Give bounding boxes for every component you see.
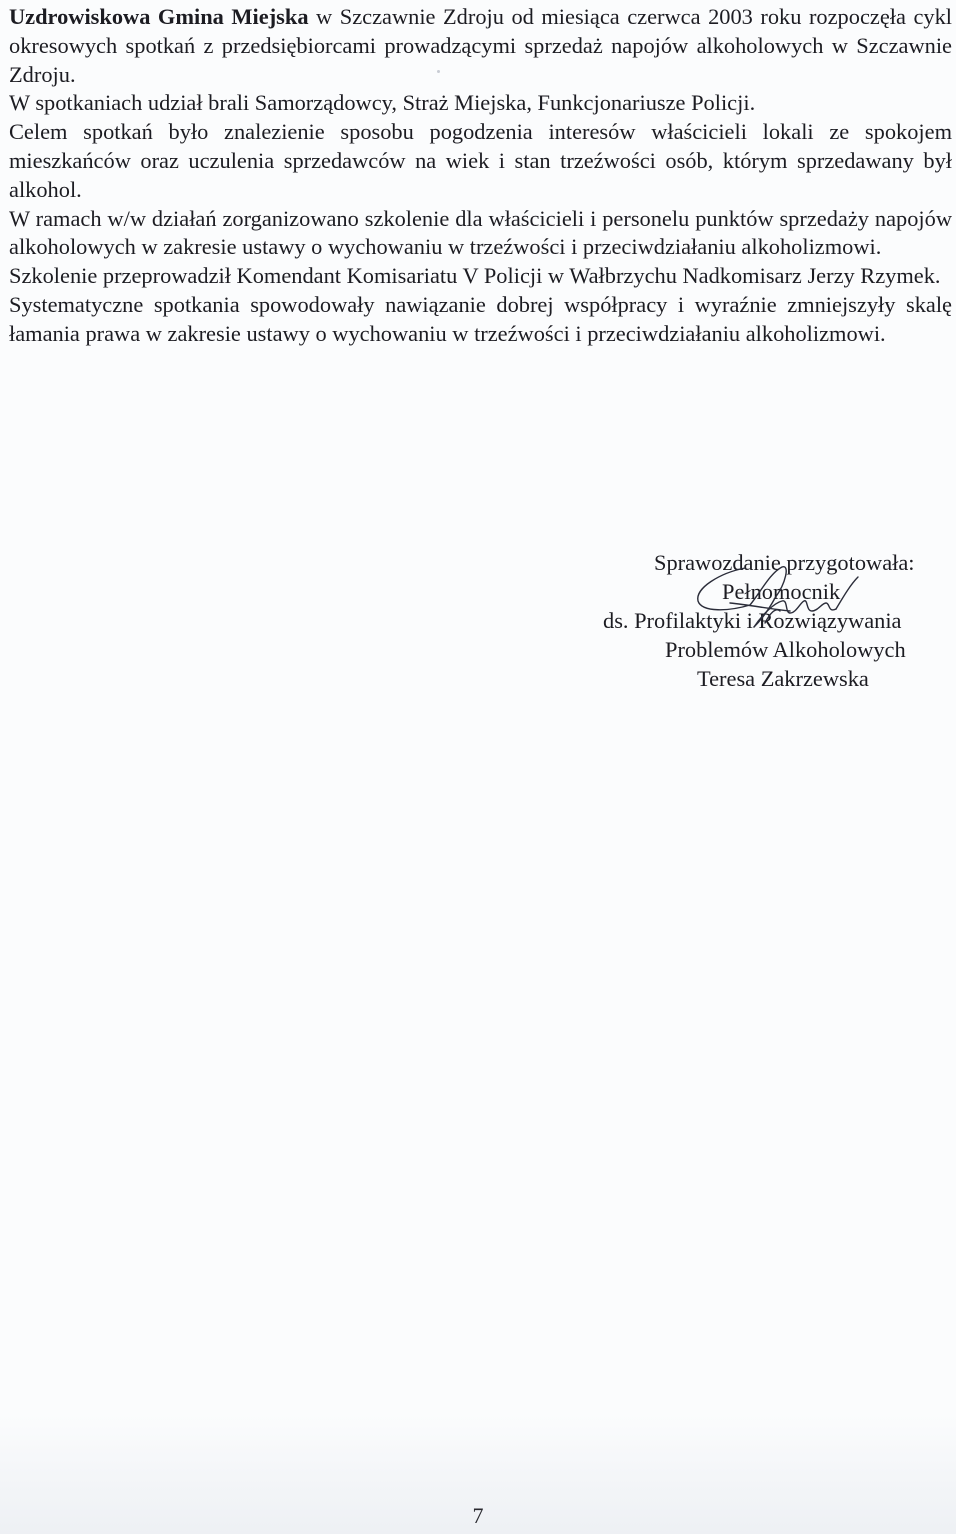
document-body: Uzdrowiskowa Gmina Miejska w Szczawnie Z… [9,3,952,349]
signature-block: Sprawozdanie przygotowała: Pełnomocnik d… [560,548,950,693]
role-line-3: Problemów Alkoholowych [665,635,950,664]
municipality-name: Uzdrowiskowa Gmina Miejska [9,4,309,29]
paragraph-participants: W spotkaniach udział brali Samorządowcy,… [9,89,952,118]
prepared-by-label: Sprawozdanie przygotowała: [654,548,950,577]
paragraph-goal: Celem spotkań było znalezienie sposobu p… [9,118,952,204]
paragraph-training: W ramach w/w działań zorganizowano szkol… [9,205,952,263]
paragraph-trainer: Szkolenie przeprowadził Komendant Komisa… [9,262,952,291]
paragraph-results: Systematyczne spotkania spowodowały nawi… [9,291,952,349]
signatory-name: Teresa Zakrzewska [697,664,950,693]
page-number: 7 [0,1503,956,1529]
role-line-2: ds. Profilaktyki i Rozwiązywania [603,606,950,635]
role-line-1: Pełnomocnik [722,577,950,606]
paragraph-intro: Uzdrowiskowa Gmina Miejska w Szczawnie Z… [9,3,952,89]
